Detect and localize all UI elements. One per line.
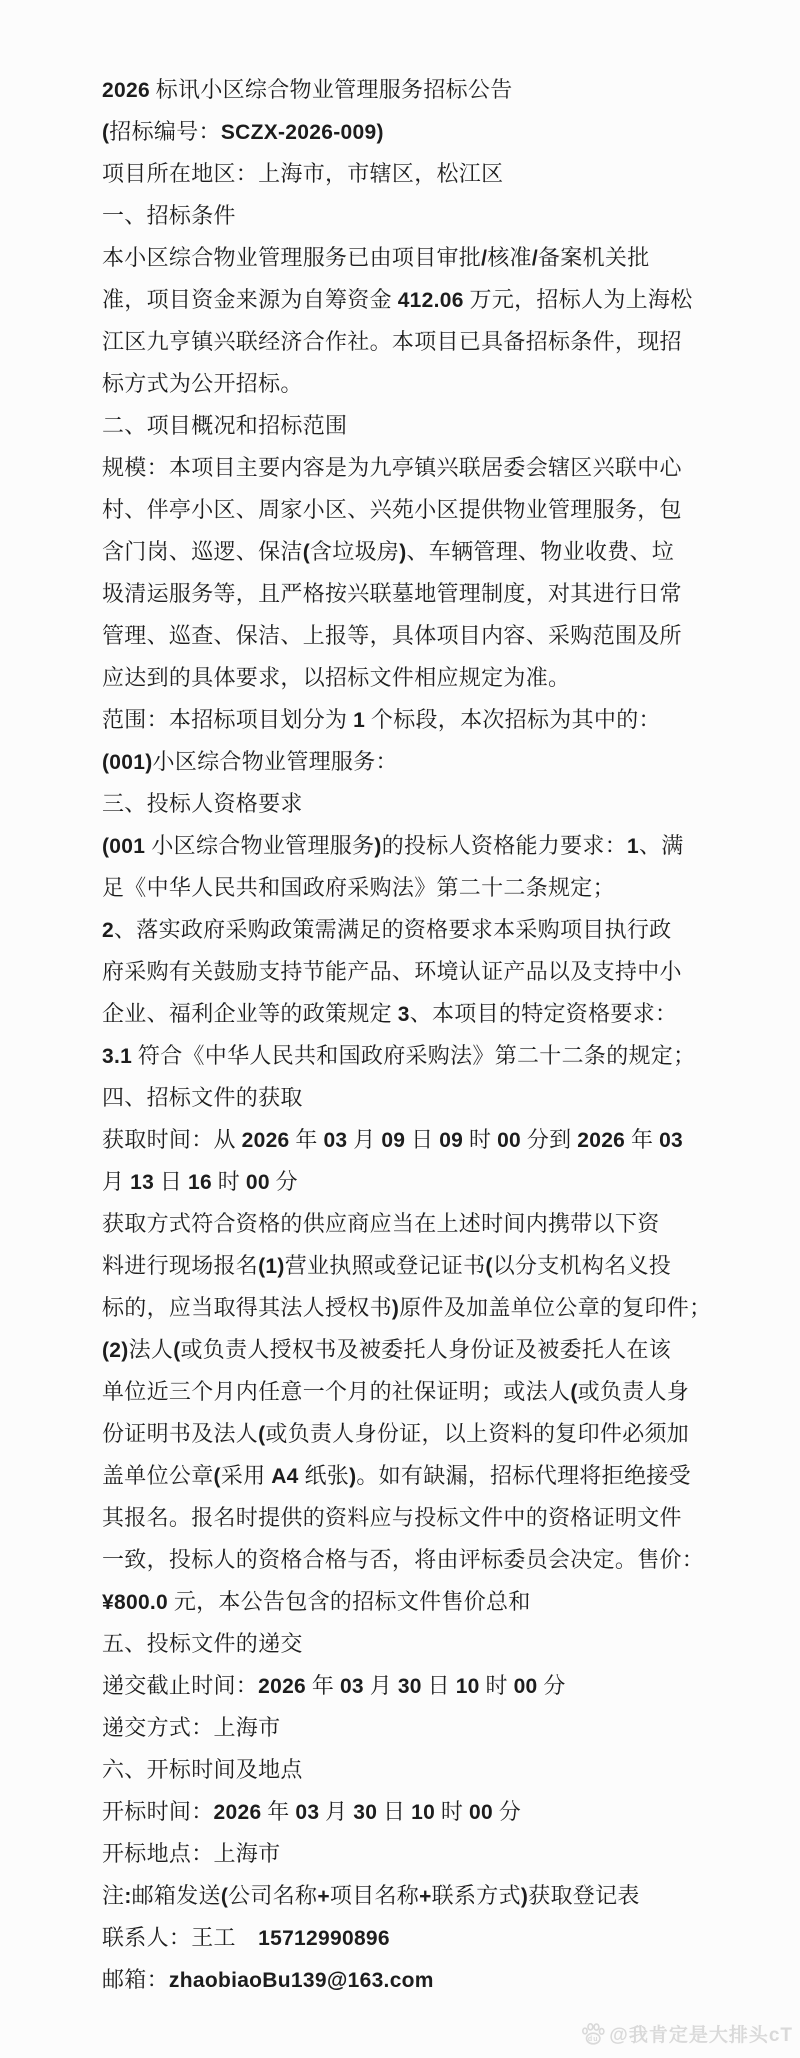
doc-text-western: 2026: [214, 1801, 262, 1824]
doc-text-western: 30: [353, 1801, 377, 1824]
doc-text-western: (1): [258, 1255, 285, 1278]
doc-text-western: 3.1: [102, 1045, 132, 1068]
doc-text-western: 2026: [242, 1129, 290, 1152]
doc-line: 圾清运服务等，且严格按兴联墓地管理制度，对其进行日常: [102, 573, 730, 615]
doc-text-cjk: 时: [480, 1673, 514, 1698]
doc-text-cjk: 元，本公告包含的招标文件售价总和: [168, 1589, 531, 1614]
doc-text-cjk: 联系方式: [432, 1883, 521, 1908]
doc-text-cjk: 年: [306, 1673, 340, 1698]
doc-text-cjk: 获取登记表: [528, 1883, 640, 1908]
doc-text-cjk: 含垃圾房: [310, 539, 399, 564]
doc-text-cjk: 料进行现场报名: [102, 1253, 258, 1278]
doc-text-cjk: 其报名。报名时提供的资料应与投标文件中的资格证明文件: [102, 1505, 682, 1530]
doc-text-western: (2): [102, 1339, 129, 1362]
doc-text-cjk: 营业执照或登记证书: [285, 1253, 486, 1278]
doc-text-cjk: 月: [102, 1169, 130, 1194]
doc-text-cjk: 注: [102, 1883, 124, 1908]
document-page: 2026 标讯小区综合物业管理服务招标公告(招标编号：SCZX-2026-009…: [0, 0, 800, 2058]
doc-text-cjk: 准，项目资金来源为自筹资金: [102, 287, 398, 312]
doc-line: (2)法人(或负责人授权书及被委托人身份证及被委托人在该: [102, 1329, 730, 1371]
doc-text-western: 2026: [258, 1675, 306, 1698]
doc-line: ¥800.0 元，本公告包含的招标文件售价总和: [102, 1581, 730, 1623]
document-lines: 2026 标讯小区综合物业管理服务招标公告(招标编号：SCZX-2026-009…: [102, 69, 730, 2001]
doc-line: 获取时间：从 2026 年 03 月 09 日 09 时 00 分到 2026 …: [102, 1119, 730, 1161]
doc-line: 标方式为公开招标。: [102, 363, 730, 405]
doc-text-cjk: 标讯小区综合物业管理服务招标公告: [150, 77, 513, 102]
doc-line: (招标编号：SCZX-2026-009): [102, 111, 730, 153]
doc-text-western: SCZX-2026-009): [221, 121, 384, 144]
doc-text-cjk: 月: [364, 1673, 398, 1698]
doc-text-western: 00: [497, 1129, 521, 1152]
doc-text-cjk: 邮箱发送: [132, 1883, 221, 1908]
doc-text-cjk: 、满: [639, 833, 684, 858]
doc-text-cjk: 日: [422, 1673, 456, 1698]
doc-line: 六、开标时间及地点: [102, 1749, 730, 1791]
doc-text-western: 2: [102, 919, 114, 942]
doc-text-western: 00: [469, 1801, 493, 1824]
doc-line: 盖单位公章(采用 A4 纸张)。如有缺漏，招标代理将拒绝接受: [102, 1455, 730, 1497]
doc-text-cjk: 时: [435, 1799, 469, 1824]
doc-text-cjk: 规模：本项目主要内容是为九亭镇兴联居委会辖区兴联中心: [102, 455, 682, 480]
doc-text-cjk: 月: [319, 1799, 353, 1824]
doc-line: 2026 标讯小区综合物业管理服务招标公告: [102, 69, 730, 111]
doc-line: 联系人：王工 15712990896: [102, 1917, 730, 1959]
doc-text-cjk: 一致，投标人的资格合格与否，将由评标委员会决定。售价：: [102, 1547, 704, 1572]
doc-text-western: +: [419, 1885, 432, 1908]
doc-line: (001 小区综合物业管理服务)的投标人资格能力要求：1、满: [102, 825, 730, 867]
doc-line: 规模：本项目主要内容是为九亭镇兴联居委会辖区兴联中心: [102, 447, 730, 489]
doc-text-cjk: 年: [625, 1127, 659, 1152]
doc-text-cjk: 标方式为公开招标。: [102, 371, 303, 396]
doc-text-western: 412.06: [398, 289, 464, 312]
doc-text-western: 1: [627, 835, 639, 858]
doc-text-cjk: 核准: [487, 245, 532, 270]
doc-line: 管理、巡查、保洁、上报等，具体项目内容、采购范围及所: [102, 615, 730, 657]
doc-text-cjk: 时: [463, 1127, 497, 1152]
doc-text-cjk: 原件及加盖单位公章的复印件；: [399, 1295, 711, 1320]
doc-text-cjk: 分: [270, 1169, 298, 1194]
doc-text-western: (001: [102, 835, 151, 858]
doc-text-cjk: 企业、福利企业等的政策规定: [102, 1001, 398, 1026]
doc-text-cjk: 标的，应当取得其法人授权书: [102, 1295, 392, 1320]
doc-text-cjk: 、落实政府采购政策需满足的资格要求本采购项目执行政: [114, 917, 672, 942]
doc-text-cjk: 开标地点：上海市: [102, 1841, 280, 1866]
doc-text-western: 15712990896: [258, 1927, 390, 1950]
doc-text-cjk: 招标编号：: [109, 119, 221, 144]
doc-line: 足《中华人民共和国政府采购法》第二十二条规定；: [102, 867, 730, 909]
doc-text-cjk: 或负责人授权书及被委托人身份证及被委托人在该: [180, 1337, 671, 1362]
doc-text-cjk: 日: [405, 1127, 439, 1152]
doc-text-cjk: 项目名称: [330, 1883, 419, 1908]
doc-text-western: ): [399, 541, 406, 564]
doc-text-western: A4: [271, 1465, 298, 1488]
doc-text-western: 09: [381, 1129, 405, 1152]
doc-text-western: +: [317, 1885, 330, 1908]
doc-text-western: (: [485, 1255, 492, 1278]
doc-text-cjk: 圾清运服务等，且严格按兴联墓地管理制度，对其进行日常: [102, 581, 682, 606]
doc-text-cjk: 盖单位公章: [102, 1463, 214, 1488]
doc-line: 单位近三个月内任意一个月的社保证明；或法人(或负责人身: [102, 1371, 730, 1413]
doc-text-cjk: 年: [290, 1127, 324, 1152]
doc-line: 四、招标文件的获取: [102, 1077, 730, 1119]
doc-line: 递交截止时间：2026 年 03 月 30 日 10 时 00 分: [102, 1665, 730, 1707]
doc-text-western: 00: [514, 1675, 538, 1698]
doc-text-western: 03: [323, 1129, 347, 1152]
doc-line: 一致，投标人的资格合格与否，将由评标委员会决定。售价：: [102, 1539, 730, 1581]
doc-text-cjk: 个标段，本次招标为其中的：: [365, 707, 661, 732]
doc-text-cjk: 日: [154, 1169, 188, 1194]
doc-text-western: :: [124, 1885, 131, 1908]
doc-text-cjk: 六、开标时间及地点: [102, 1757, 303, 1782]
doc-line: 一、招标条件: [102, 195, 730, 237]
doc-text-western: 03: [295, 1801, 319, 1824]
doc-text-cjk: 符合《中华人民共和国政府采购法》第二十二条的规定；: [132, 1043, 695, 1068]
doc-line: 含门岗、巡逻、保洁(含垃圾房)、车辆管理、物业收费、垃: [102, 531, 730, 573]
doc-text-cjk: 万元，招标人为上海松: [464, 287, 693, 312]
doc-line: 府采购有关鼓励支持节能产品、环境认证产品以及支持中小: [102, 951, 730, 993]
watermark-text: @我肯定是大排头cT: [609, 2020, 793, 2047]
svg-text:du: du: [588, 2035, 599, 2042]
doc-line: 标的，应当取得其法人授权书)原件及加盖单位公章的复印件；: [102, 1287, 730, 1329]
doc-text-western: 13: [130, 1171, 154, 1194]
doc-text-western: (: [214, 1465, 221, 1488]
baidu-paw-icon: du: [580, 2021, 606, 2047]
doc-text-cjk: 邮箱：: [102, 1967, 169, 1992]
doc-text-western: (001): [102, 751, 153, 774]
doc-text-cjk: 范围：本招标项目划分为: [102, 707, 353, 732]
doc-text-cjk: 本小区综合物业管理服务已由项目审批: [102, 245, 481, 270]
doc-text-cjk: 、本项目的特定资格要求：: [410, 1001, 678, 1026]
doc-text-cjk: 分到: [521, 1127, 577, 1152]
doc-line: 江区九亨镇兴联经济合作社。本项目已具备招标条件，现招: [102, 321, 730, 363]
doc-text-cjk: 递交截止时间：: [102, 1673, 258, 1698]
doc-text-cjk: 应达到的具体要求，以招标文件相应规定为准。: [102, 665, 570, 690]
doc-text-cjk: 日: [377, 1799, 411, 1824]
doc-text-cjk: 法人: [129, 1337, 174, 1362]
doc-line: 开标时间：2026 年 03 月 30 日 10 时 00 分: [102, 1791, 730, 1833]
doc-text-cjk: 纸张: [299, 1463, 349, 1488]
doc-text-cjk: 或负责人身: [578, 1379, 690, 1404]
doc-text-cjk: 的投标人资格能力要求：: [382, 833, 627, 858]
doc-line: 料进行现场报名(1)营业执照或登记证书(以分支机构名义投: [102, 1245, 730, 1287]
doc-text-cjk: 二、项目概况和招标范围: [102, 413, 347, 438]
doc-text-cjk: 年: [261, 1799, 295, 1824]
watermark: du @我肯定是大排头cT: [580, 2020, 793, 2047]
doc-text-cjk: 以分支机构名义投: [493, 1253, 671, 1278]
doc-line: 邮箱：zhaobiaoBu139@163.com: [102, 1959, 730, 2001]
doc-text-western: 03: [340, 1675, 364, 1698]
doc-text-cjk: 项目所在地区：上海市，市辖区，松江区: [102, 161, 503, 186]
doc-text-cjk: 分: [538, 1673, 566, 1698]
doc-text-cjk: 采用: [221, 1463, 271, 1488]
doc-text-cjk: 分: [493, 1799, 521, 1824]
doc-text-western: 03: [659, 1129, 683, 1152]
doc-line: 范围：本招标项目划分为 1 个标段，本次招标为其中的：: [102, 699, 730, 741]
doc-text-cjk: 五、投标文件的递交: [102, 1631, 303, 1656]
doc-line: 其报名。报名时提供的资料应与投标文件中的资格证明文件: [102, 1497, 730, 1539]
doc-text-western: (: [221, 1885, 228, 1908]
doc-text-cjk: 、车辆管理、物业收费、垃: [407, 539, 675, 564]
doc-text-cjk: 联系人：王工: [102, 1925, 258, 1950]
doc-text-cjk: 三、投标人资格要求: [102, 791, 303, 816]
doc-line: 项目所在地区：上海市，市辖区，松江区: [102, 153, 730, 195]
doc-line: 份证明书及法人(或负责人身份证，以上资料的复印件必须加: [102, 1413, 730, 1455]
doc-text-western: ): [374, 835, 381, 858]
doc-text-cjk: 村、伴亭小区、周家小区、兴苑小区提供物业管理服务，包: [102, 497, 682, 522]
doc-text-cjk: 管理、巡查、保洁、上报等，具体项目内容、采购范围及所: [102, 623, 682, 648]
doc-text-cjk: 时: [212, 1169, 246, 1194]
doc-text-cjk: 江区九亨镇兴联经济合作社。本项目已具备招标条件，现招: [102, 329, 682, 354]
doc-text-cjk: 一、招标条件: [102, 203, 236, 228]
doc-line: (001)小区综合物业管理服务：: [102, 741, 730, 783]
doc-text-cjk: 获取方式符合资格的供应商应当在上述时间内携带以下资: [102, 1211, 660, 1236]
doc-line: 企业、福利企业等的政策规定 3、本项目的特定资格要求：: [102, 993, 730, 1035]
doc-text-cjk: 足《中华人民共和国政府采购法》第二十二条规定；: [102, 875, 615, 900]
doc-text-western: 09: [439, 1129, 463, 1152]
doc-text-cjk: 府采购有关鼓励支持节能产品、环境认证产品以及支持中小: [102, 959, 682, 984]
doc-line: 开标地点：上海市: [102, 1833, 730, 1875]
doc-text-cjk: 开标时间：: [102, 1799, 214, 1824]
doc-text-western: ¥800.0: [102, 1591, 168, 1614]
doc-line: 月 13 日 16 时 00 分: [102, 1161, 730, 1203]
doc-line: 本小区综合物业管理服务已由项目审批/核准/备案机关批: [102, 237, 730, 279]
doc-line: 应达到的具体要求，以招标文件相应规定为准。: [102, 657, 730, 699]
doc-text-western: 00: [246, 1171, 270, 1194]
doc-text-cjk: 月: [347, 1127, 381, 1152]
doc-line: 二、项目概况和招标范围: [102, 405, 730, 447]
doc-text-western: 2026: [102, 79, 150, 102]
doc-text-cjk: 或负责人身份证，以上资料的复印件必须加: [265, 1421, 689, 1446]
doc-text-cjk: 备案机关批: [538, 245, 650, 270]
doc-text-western: 16: [188, 1171, 212, 1194]
doc-text-cjk: 单位近三个月内任意一个月的社保证明；或法人: [102, 1379, 570, 1404]
doc-line: 3.1 符合《中华人民共和国政府采购法》第二十二条的规定；: [102, 1035, 730, 1077]
doc-text-cjk: 份证明书及法人: [102, 1421, 258, 1446]
doc-text-western: 3: [398, 1003, 410, 1026]
doc-line: 五、投标文件的递交: [102, 1623, 730, 1665]
doc-text-cjk: 小区综合物业管理服务：: [153, 749, 398, 774]
doc-text-western: 30: [398, 1675, 422, 1698]
doc-text-cjk: 获取时间：从: [102, 1127, 242, 1152]
doc-line: 获取方式符合资格的供应商应当在上述时间内携带以下资: [102, 1203, 730, 1245]
doc-text-cjk: 公司名称: [228, 1883, 317, 1908]
doc-text-western: 10: [456, 1675, 480, 1698]
doc-text-cjk: 小区综合物业管理服务: [151, 833, 374, 858]
doc-text-western: (: [303, 541, 310, 564]
doc-line: 准，项目资金来源为自筹资金 412.06 万元，招标人为上海松: [102, 279, 730, 321]
doc-text-western: zhaobiaoBu139@163.com: [169, 1969, 434, 1992]
doc-text-cjk: 。如有缺漏，招标代理将拒绝接受: [356, 1463, 691, 1488]
doc-text-cjk: 含门岗、巡逻、保洁: [102, 539, 303, 564]
doc-text-western: (: [570, 1381, 577, 1404]
doc-text-western: 1: [353, 709, 365, 732]
doc-line: 注:邮箱发送(公司名称+项目名称+联系方式)获取登记表: [102, 1875, 730, 1917]
doc-line: 三、投标人资格要求: [102, 783, 730, 825]
doc-text-western: 10: [411, 1801, 435, 1824]
doc-text-western: 2026: [577, 1129, 625, 1152]
doc-line: 2、落实政府采购政策需满足的资格要求本采购项目执行政: [102, 909, 730, 951]
doc-text-cjk: 递交方式：上海市: [102, 1715, 280, 1740]
doc-line: 递交方式：上海市: [102, 1707, 730, 1749]
doc-text-cjk: 四、招标文件的获取: [102, 1085, 303, 1110]
doc-line: 村、伴亭小区、周家小区、兴苑小区提供物业管理服务，包: [102, 489, 730, 531]
